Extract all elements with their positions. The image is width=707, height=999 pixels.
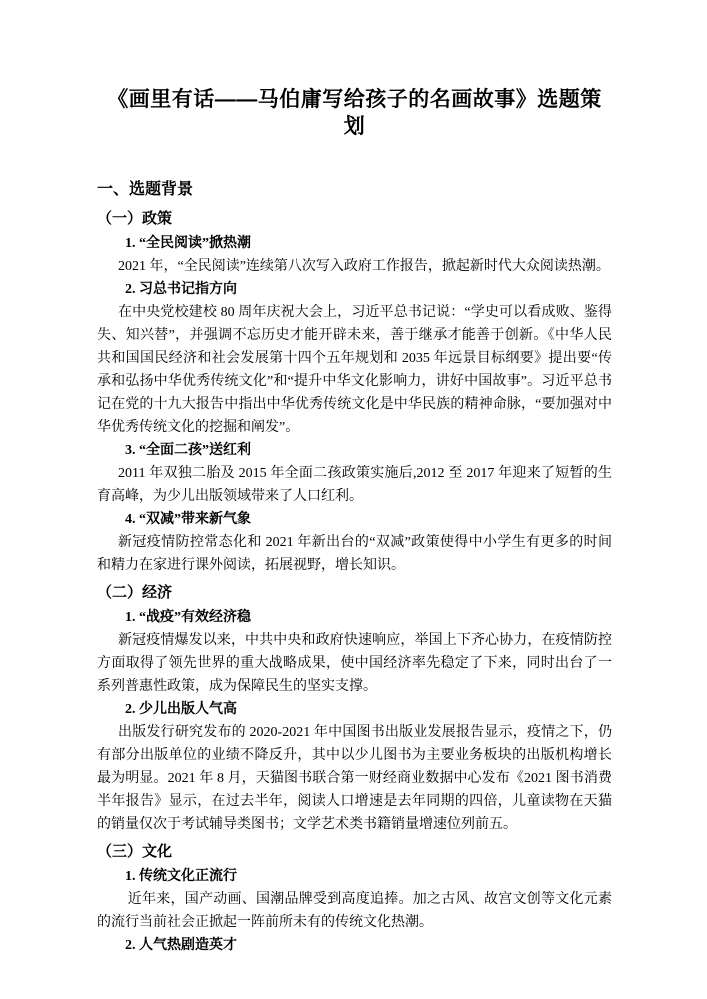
item-heading-children-publishing: 2. 少儿出版人气高	[97, 698, 612, 721]
item-paragraph-children-publishing: 出版发行研究发布的 2020-2021 年中国图书出版业发展报告显示，疫情之下，…	[97, 721, 612, 836]
item-heading-national-reading: 1. “全民阅读”掀热潮	[97, 232, 612, 255]
subsection-policy-heading: （一）政策	[97, 206, 612, 232]
item-heading-two-child-policy: 3. “全面二孩”送红利	[97, 439, 612, 462]
item-paragraph-national-reading: 2021 年，“全民阅读”连续第八次写入政府工作报告，掀起新时代大众阅读热潮。	[97, 255, 612, 278]
subsection-culture: （三）文化 1. 传统文化正流行 近年来，国产动画、国潮品牌受到高度追捧。加之古…	[97, 839, 612, 957]
item-paragraph-traditional-culture: 近年来，国产动画、国潮品牌受到高度追捧。加之古风、故宫文创等文化元素的流行当前社…	[97, 888, 612, 934]
subsection-culture-heading: （三）文化	[97, 839, 612, 865]
subsection-policy: （一）政策 1. “全民阅读”掀热潮 2021 年，“全民阅读”连续第八次写入政…	[97, 206, 612, 577]
item-heading-leader-direction: 2. 习总书记指方向	[97, 278, 612, 301]
item-paragraph-leader-direction: 在中央党校建校 80 周年庆祝大会上，习近平总书记说：“学史可以看成败、鉴得失、…	[97, 301, 612, 439]
subsection-economy-heading: （二）经济	[97, 580, 612, 606]
document-title: 《画里有话——马伯庸写给孩子的名画故事》选题策划	[97, 86, 612, 140]
subsection-economy: （二）经济 1. “战疫”有效经济稳 新冠疫情爆发以来，中共中央和政府快速响应，…	[97, 580, 612, 836]
item-paragraph-pandemic-economy: 新冠疫情爆发以来，中共中央和政府快速响应，举国上下齐心协力，在疫情防控方面取得了…	[97, 629, 612, 698]
item-heading-popular-drama: 2. 人气热剧造英才	[97, 934, 612, 957]
item-paragraph-two-child-policy: 2011 年双独二胎及 2015 年全面二孩政策实施后,2012 至 2017 …	[97, 462, 612, 508]
section-heading-topic-background: 一、选题背景	[97, 177, 612, 203]
item-heading-double-reduction: 4. “双减”带来新气象	[97, 508, 612, 531]
item-heading-traditional-culture: 1. 传统文化正流行	[97, 865, 612, 888]
item-paragraph-double-reduction: 新冠疫情防控常态化和 2021 年新出台的“双减”政策使得中小学生有更多的时间和…	[97, 531, 612, 577]
item-heading-pandemic-economy: 1. “战疫”有效经济稳	[97, 606, 612, 629]
document-page: 《画里有话——马伯庸写给孩子的名画故事》选题策划 一、选题背景 （一）政策 1.…	[0, 0, 707, 999]
